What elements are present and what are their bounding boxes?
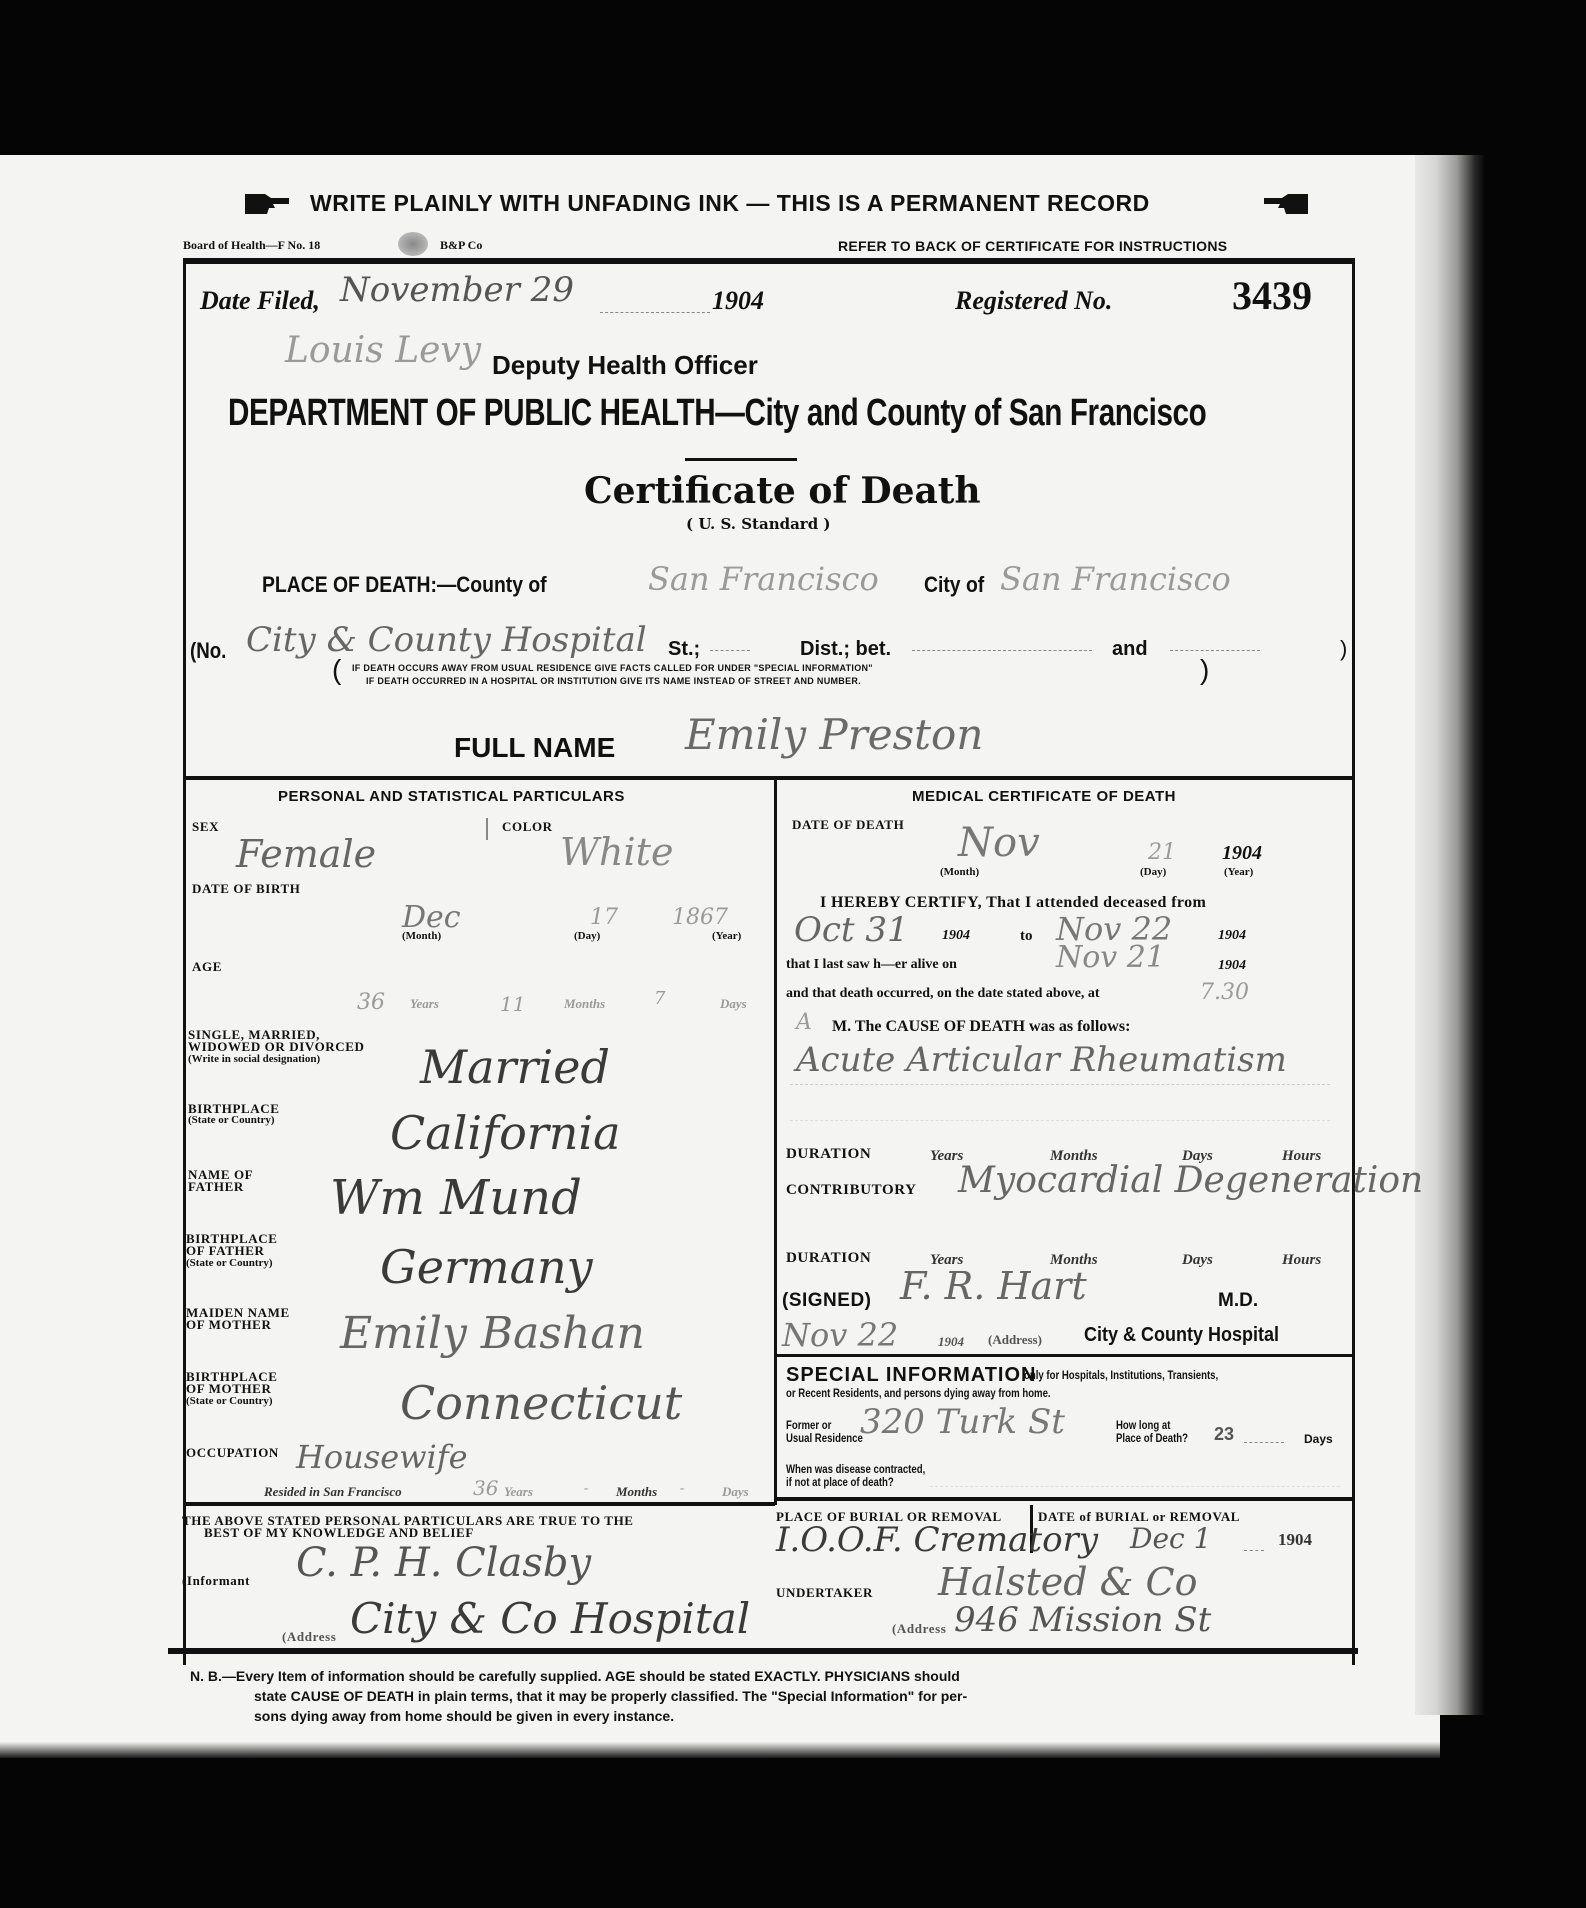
death-time: 7.30	[1200, 980, 1249, 1005]
contracted-blank	[930, 1486, 1340, 1487]
attended-from-value: Oct 31	[794, 910, 909, 950]
form-number: Board of Health—F No. 18	[183, 238, 320, 253]
last-saw-label: that I last saw h—er alive on	[786, 957, 957, 973]
note-open-paren: (	[332, 654, 341, 686]
registered-number: 3439	[1232, 272, 1312, 319]
undertaker-address: 946 Mission St	[954, 1600, 1211, 1640]
burial-year: 1904	[1278, 1530, 1312, 1550]
and-blank	[1170, 650, 1260, 651]
medical-section-heading: MEDICAL CERTIFICATE OF DEATH	[912, 788, 1176, 805]
age-months-caption: Months	[564, 996, 605, 1012]
father-birthplace-value: Germany	[380, 1240, 593, 1294]
death-year: 1904	[1222, 842, 1262, 865]
death-day-caption: (Day)	[1140, 866, 1166, 878]
marital-value: Married	[420, 1040, 610, 1094]
informant-address: City & Co Hospital	[350, 1594, 750, 1643]
death-meridiem: A	[796, 1010, 812, 1035]
district-label: Dist.; bet.	[800, 638, 891, 661]
city-value: San Francisco	[1000, 560, 1231, 598]
death-occurred-label: and that death occurred, on the date sta…	[786, 986, 1100, 1002]
sex-value: Female	[236, 832, 376, 876]
place-of-death-label: PLACE OF DEATH:—County of	[262, 572, 547, 598]
mother-birthplace-value: Connecticut	[400, 1376, 682, 1430]
physician-address-label: (Address)	[988, 1334, 1042, 1346]
certificate-title: Certificate of Death	[584, 470, 981, 512]
death-month-caption: (Month)	[940, 866, 979, 878]
special-info-heading: SPECIAL INFORMATION	[786, 1364, 1036, 1387]
special-top-rule	[776, 1354, 1355, 1357]
close-paren: )	[1340, 636, 1347, 662]
undertaker-label: UNDERTAKER	[776, 1586, 873, 1599]
pointing-hand-right-icon	[1262, 190, 1310, 216]
department-title: DEPARTMENT OF PUBLIC HEALTH—City and Cou…	[228, 392, 1312, 435]
us-standard-label: ( U. S. Standard )	[686, 515, 831, 533]
page-binding-edge	[1415, 155, 1485, 1715]
age-years-caption: Years	[410, 996, 439, 1012]
no-label: (No.	[190, 638, 226, 664]
informant-label: (Informant	[182, 1574, 250, 1587]
physician-address: City & County Hospital	[1084, 1324, 1279, 1347]
father-label-2: FATHER	[188, 1180, 244, 1193]
color-value: White	[560, 830, 673, 874]
date-of-death-label: DATE OF DEATH	[792, 818, 904, 831]
residence-label-1: Former or	[786, 1418, 831, 1432]
cause-line-blank-2	[790, 1120, 1330, 1121]
residence-value: 320 Turk St	[860, 1402, 1065, 1442]
signed-year: 1904	[938, 1334, 964, 1350]
burial-date-value: Dec 1	[1130, 1522, 1211, 1555]
age-label: AGE	[192, 960, 222, 973]
age-years: 36	[357, 990, 385, 1015]
occupation-value: Housewife	[296, 1438, 468, 1476]
age-months: 11	[500, 992, 525, 1016]
cause-line-blank	[790, 1084, 1330, 1085]
mother-bp-label-3: (State or Country)	[186, 1395, 273, 1407]
duration-label-1: DURATION	[786, 1148, 871, 1161]
sex-color-divider	[486, 818, 488, 840]
duration-label-2: DURATION	[786, 1252, 871, 1265]
nb-line-2: state CAUSE OF DEATH in plain terms, tha…	[254, 1688, 967, 1704]
dob-day-caption: (Day)	[574, 930, 600, 942]
occupation-label: OCCUPATION	[186, 1446, 279, 1459]
duration-hours-2: Hours	[1282, 1252, 1321, 1269]
registered-no-label: Registered No.	[955, 286, 1112, 316]
form-bottom-rule	[168, 1648, 1358, 1654]
street-blank	[710, 650, 750, 651]
resided-days-caption: Days	[722, 1484, 749, 1500]
father-value: Wm Mund	[330, 1170, 582, 1226]
informant-name: C. P. H. Clasby	[296, 1540, 591, 1586]
color-label: COLOR	[502, 820, 553, 833]
attended-from-year: 1904	[942, 928, 970, 944]
date-filed-value: November 29	[340, 270, 574, 310]
death-day: 21	[1148, 840, 1176, 865]
printer-mark: B&P Co	[440, 238, 482, 253]
full-name-label: FULL NAME	[454, 732, 615, 764]
death-month: Nov	[958, 820, 1040, 866]
resided-label: Resided in San Francisco	[264, 1484, 402, 1500]
union-label-seal-icon	[398, 232, 428, 256]
attended-to-year: 1904	[1218, 928, 1246, 944]
how-long-label-1: How long at	[1116, 1418, 1170, 1432]
district-blank	[912, 650, 1092, 651]
permanent-record-banner: WRITE PLAINLY WITH UNFADING INK — THIS I…	[310, 190, 1150, 217]
column-divider	[774, 780, 777, 1505]
how-long-underline	[1244, 1442, 1284, 1443]
age-days-caption: Days	[720, 996, 747, 1012]
date-filed-label: Date Filed,	[200, 286, 320, 316]
sex-label: SEX	[192, 820, 219, 833]
father-bp-label-2: OF FATHER	[186, 1244, 264, 1257]
and-label: and	[1112, 638, 1148, 661]
burial-date-dash	[1244, 1550, 1264, 1551]
special-info-heading-rest: only for Hospitals, Institutions, Transi…	[1024, 1368, 1218, 1382]
officer-signature: Louis Levy	[285, 330, 481, 371]
dob-month-caption: (Month)	[402, 930, 441, 942]
burial-place-value: I.O.O.F. Crematory	[776, 1520, 1098, 1560]
resided-years: 36	[473, 1476, 498, 1500]
cause-label: M. The CAUSE OF DEATH was as follows:	[832, 1018, 1130, 1036]
dob-year-caption: (Year)	[712, 930, 741, 942]
death-year-caption: (Year)	[1224, 866, 1253, 878]
note-close-paren: )	[1200, 654, 1209, 686]
contracted-label-1: When was disease contracted,	[786, 1462, 925, 1476]
resided-years-caption: Years	[504, 1484, 533, 1500]
contributory-value: Myocardial Degeneration	[958, 1160, 1423, 1201]
how-long-label-2: Place of Death?	[1116, 1431, 1188, 1445]
informant-statement-2: BEST OF MY KNOWLEDGE AND BELIEF	[204, 1526, 474, 1539]
marital-label-3: (Write in social designation)	[188, 1053, 320, 1065]
last-saw-value: Nov 21	[1056, 940, 1165, 975]
form-number-text: Board of Health—F No. 18	[183, 238, 320, 252]
paper-edge	[0, 1742, 1440, 1758]
date-filed-year: 1904	[712, 286, 764, 316]
signed-date: Nov 22	[782, 1316, 898, 1354]
signed-label: (SIGNED)	[782, 1290, 872, 1312]
to-label: to	[1020, 928, 1033, 945]
dob-label: DATE OF BIRTH	[192, 882, 300, 895]
how-long-days-label: Days	[1304, 1432, 1333, 1446]
dob-year: 1867	[672, 905, 728, 930]
personal-section-heading: PERSONAL AND STATISTICAL PARTICULARS	[278, 788, 625, 805]
contributory-label: CONTRIBUTORY	[786, 1184, 917, 1197]
marital-label-2: WIDOWED OR DIVORCED	[188, 1040, 365, 1053]
duration-days-2: Days	[1182, 1252, 1213, 1269]
date-filed-underline	[600, 312, 710, 313]
contracted-label-2: if not at place of death?	[786, 1475, 894, 1489]
street-label: St.;	[668, 638, 700, 661]
mother-bp-label-2: OF MOTHER	[186, 1382, 271, 1395]
undertaker-address-label: (Address	[892, 1622, 946, 1635]
md-label: M.D.	[1218, 1290, 1258, 1312]
full-name-value: Emily Preston	[685, 710, 983, 759]
dob-day: 17	[590, 905, 618, 930]
name-section-rule	[183, 776, 1355, 780]
birthplace-label-2: (State or Country)	[188, 1114, 275, 1126]
mother-value: Emily Bashan	[340, 1308, 645, 1359]
hospital-note: IF DEATH OCCURRED IN A HOSPITAL OR INSTI…	[366, 676, 861, 686]
age-days: 7	[654, 988, 665, 1009]
resided-months: -	[584, 1480, 588, 1496]
informant-address-label: (Address	[282, 1630, 336, 1643]
institution-value: City & County Hospital	[246, 620, 647, 660]
special-info-heading-line2: or Recent Residents, and persons dying a…	[786, 1386, 1051, 1400]
personal-bottom-rule	[183, 1502, 775, 1506]
residence-note: IF DEATH OCCURS AWAY FROM USUAL RESIDENC…	[352, 663, 873, 673]
undertaker-value: Halsted & Co	[938, 1560, 1197, 1604]
birthplace-value: California	[390, 1106, 621, 1160]
resided-days: -	[680, 1480, 684, 1496]
last-saw-year: 1904	[1218, 958, 1246, 974]
residence-label-2: Usual Residence	[786, 1431, 863, 1445]
officer-title: Deputy Health Officer	[492, 350, 758, 381]
county-value: San Francisco	[648, 560, 879, 598]
how-long-value: 23	[1214, 1424, 1234, 1445]
refer-instructions: REFER TO BACK OF CERTIFICATE FOR INSTRUC…	[838, 238, 1227, 254]
city-label: City of	[924, 572, 984, 598]
father-bp-label-3: (State or Country)	[186, 1257, 273, 1269]
nb-line-3: sons dying away from home should be give…	[254, 1708, 674, 1724]
cause-of-death-value: Acute Articular Rheumatism	[796, 1040, 1287, 1080]
burial-top-rule	[776, 1497, 1355, 1501]
title-divider	[685, 458, 797, 461]
mother-label-2: OF MOTHER	[186, 1318, 271, 1331]
nb-line-1: N. B.—Every Item of information should b…	[190, 1668, 960, 1684]
resided-months-caption: Months	[616, 1484, 657, 1500]
physician-signature: F. R. Hart	[900, 1264, 1087, 1308]
pointing-hand-left-icon	[243, 190, 291, 216]
